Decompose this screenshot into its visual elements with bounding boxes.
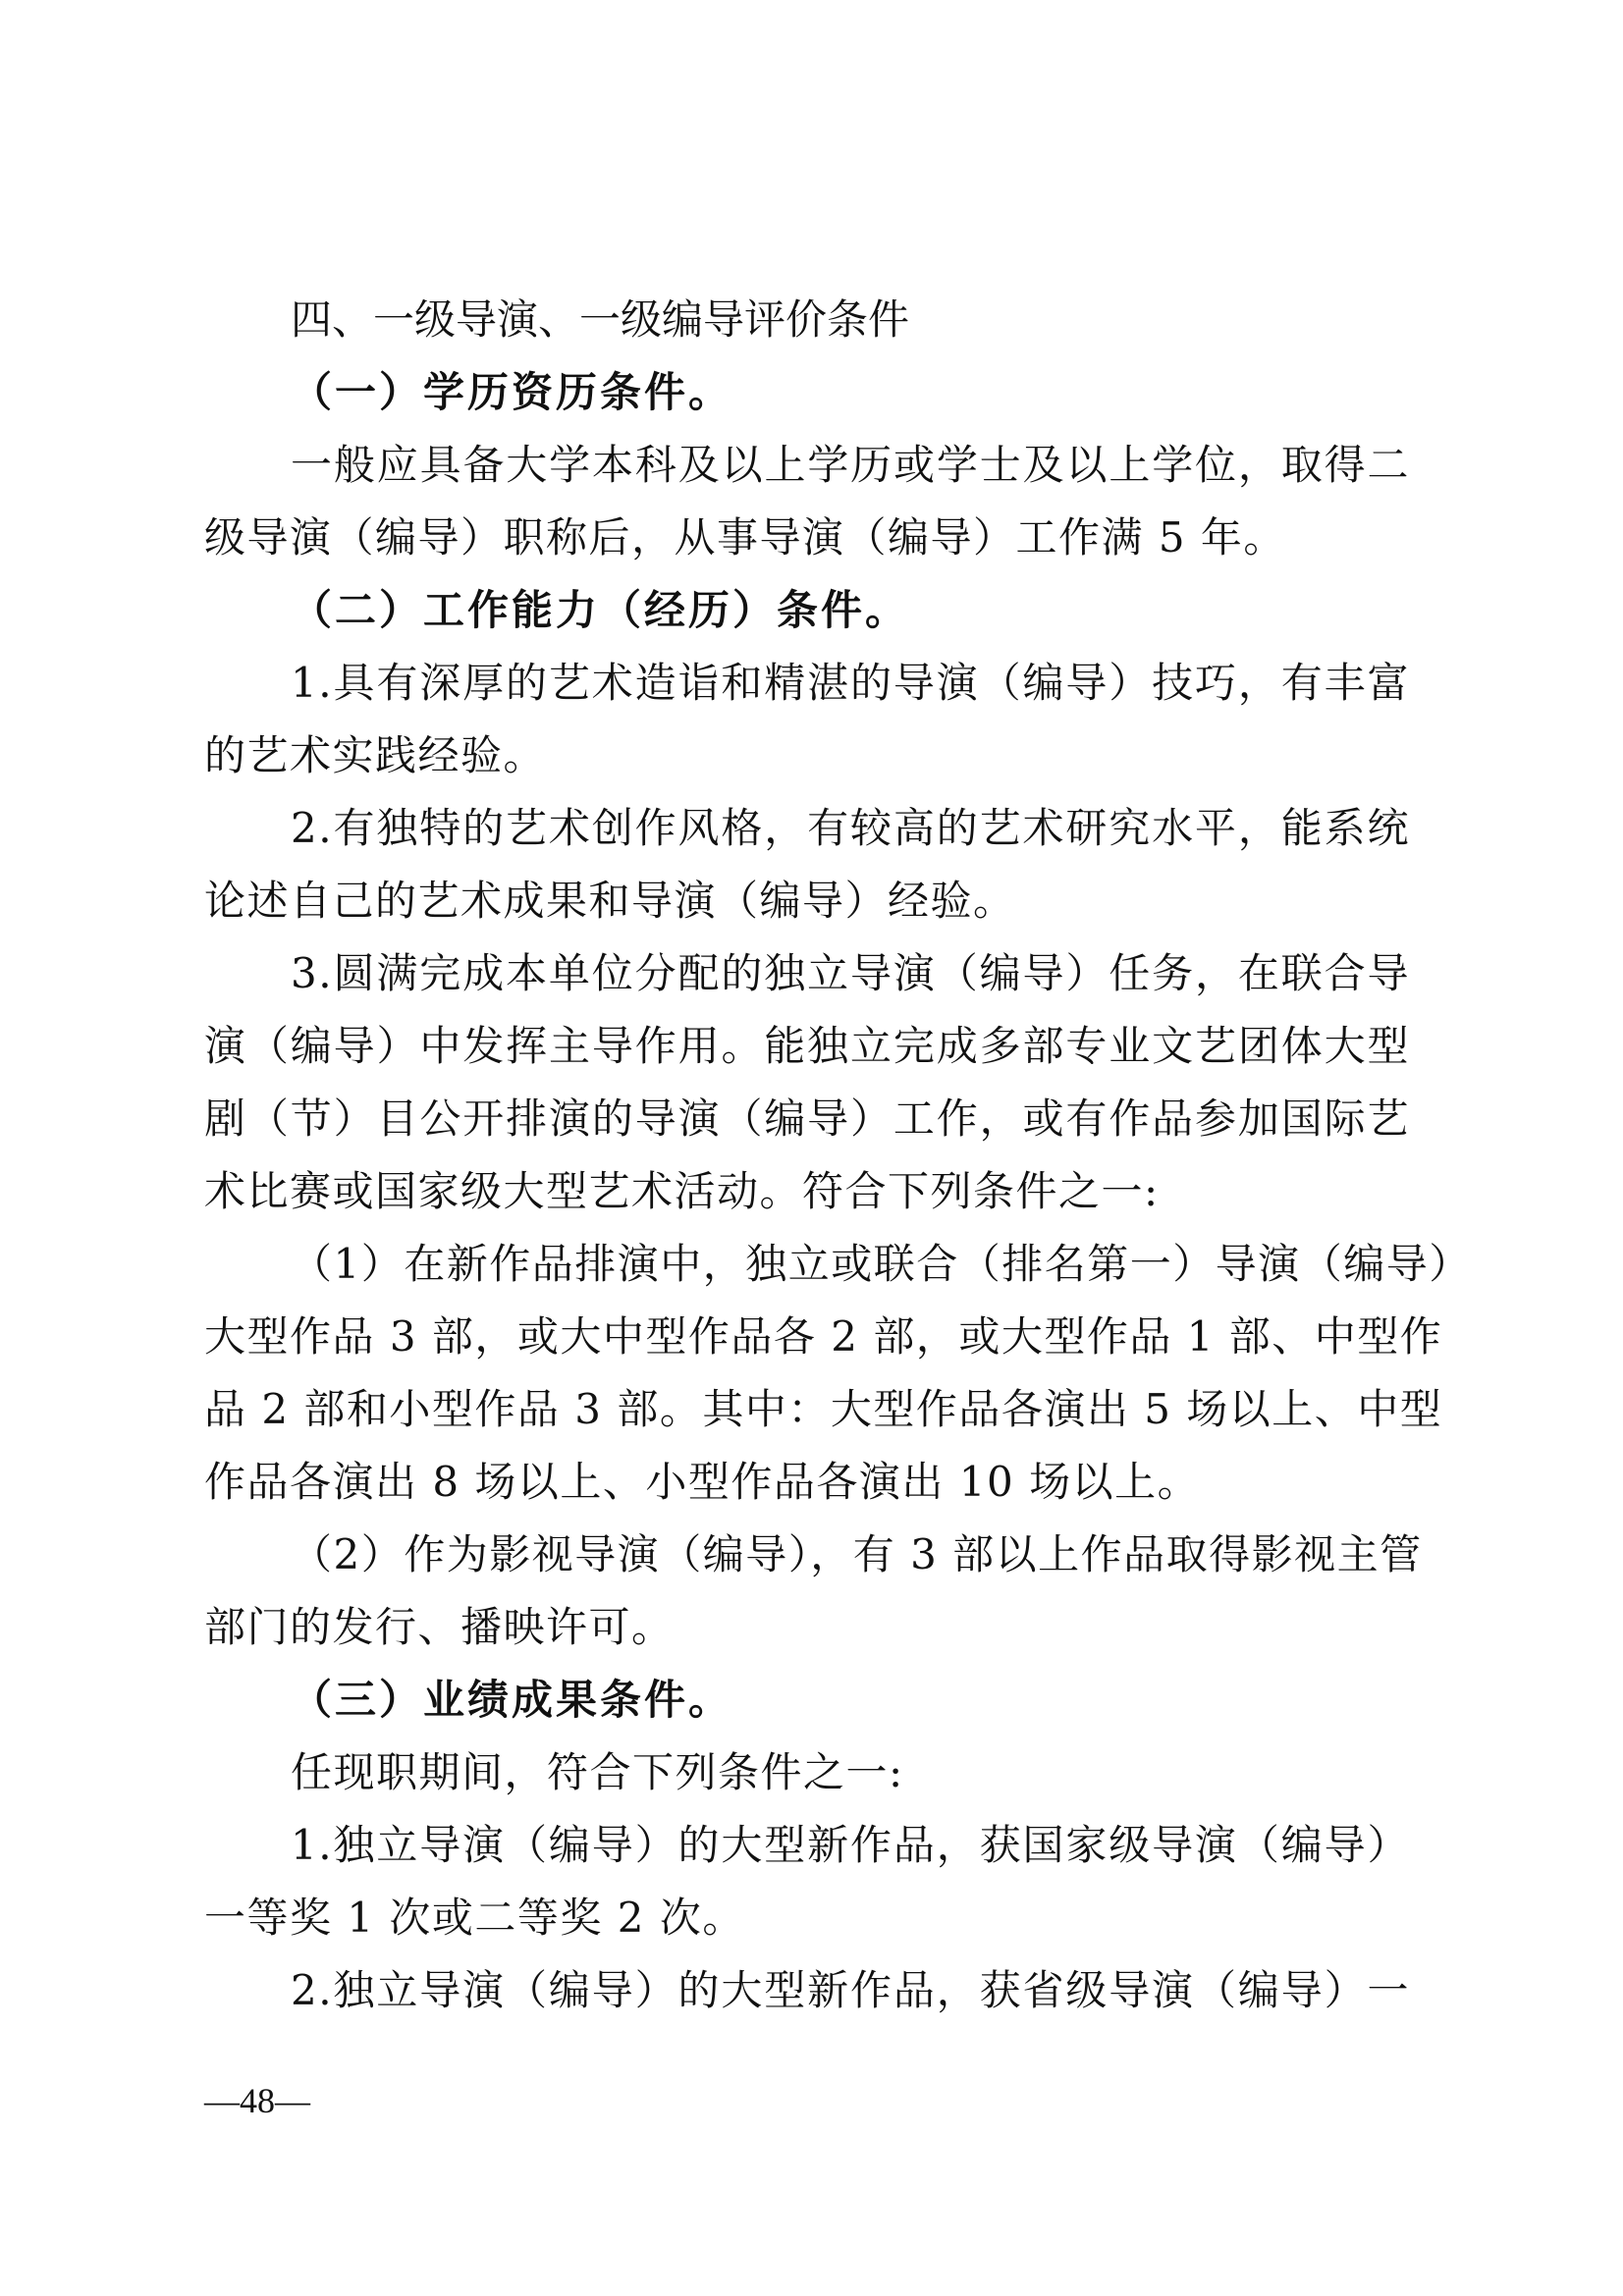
subsection-title-education: （一）学历资历条件。 (204, 356, 1410, 429)
paragraph-line: （2）作为影视导演（编导），有 3 部以上作品取得影视主管 (204, 1519, 1410, 1591)
subsection-title-achievements: （三）业绩成果条件。 (204, 1664, 1410, 1736)
paragraph-line: 任现职期间，符合下列条件之一: (204, 1736, 1410, 1809)
paragraph-line: 3.圆满完成本单位分配的独立导演（编导）任务，在联合导 (204, 937, 1410, 1010)
section-heading: 四、一级导演、一级编导评价条件 (204, 284, 1410, 356)
paragraph-line: 级导演（编导）职称后，从事导演（编导）工作满 5 年。 (204, 502, 1410, 574)
document-page: 四、一级导演、一级编导评价条件 （一）学历资历条件。 一般应具备大学本科及以上学… (204, 284, 1410, 2027)
page-number: —48— (204, 2079, 310, 2122)
paragraph-line: 演（编导）中发挥主导作用。能独立完成多部专业文艺团体大型 (204, 1010, 1410, 1083)
subsection-title-work-ability: （二）工作能力（经历）条件。 (204, 574, 1410, 647)
paragraph-line: 部门的发行、播映许可。 (204, 1591, 1410, 1664)
paragraph-line: 的艺术实践经验。 (204, 720, 1410, 792)
paragraph-line: 一等奖 1 次或二等奖 2 次。 (204, 1882, 1410, 1954)
paragraph-line: 剧（节）目公开排演的导演（编导）工作，或有作品参加国际艺 (204, 1083, 1410, 1155)
paragraph-line: 2.独立导演（编导）的大型新作品，获省级导演（编导）一 (204, 1954, 1410, 2027)
paragraph-line: 作品各演出 8 场以上、小型作品各演出 10 场以上。 (204, 1446, 1410, 1519)
paragraph-line: 大型作品 3 部，或大中型作品各 2 部，或大型作品 1 部、中型作 (204, 1301, 1410, 1373)
paragraph-line: 论述自己的艺术成果和导演（编导）经验。 (204, 865, 1410, 937)
paragraph-line: 一般应具备大学本科及以上学历或学士及以上学位，取得二 (204, 429, 1410, 502)
paragraph-line: 术比赛或国家级大型艺术活动。符合下列条件之一: (204, 1155, 1410, 1228)
paragraph-line: 2.有独特的艺术创作风格，有较高的艺术研究水平，能系统 (204, 792, 1410, 865)
paragraph-line: （1）在新作品排演中，独立或联合（排名第一）导演（编导） (204, 1228, 1410, 1301)
paragraph-line: 1.具有深厚的艺术造诣和精湛的导演（编导）技巧，有丰富 (204, 647, 1410, 720)
paragraph-line: 品 2 部和小型作品 3 部。其中：大型作品各演出 5 场以上、中型 (204, 1373, 1410, 1446)
paragraph-line: 1.独立导演（编导）的大型新作品，获国家级导演（编导） (204, 1809, 1410, 1882)
